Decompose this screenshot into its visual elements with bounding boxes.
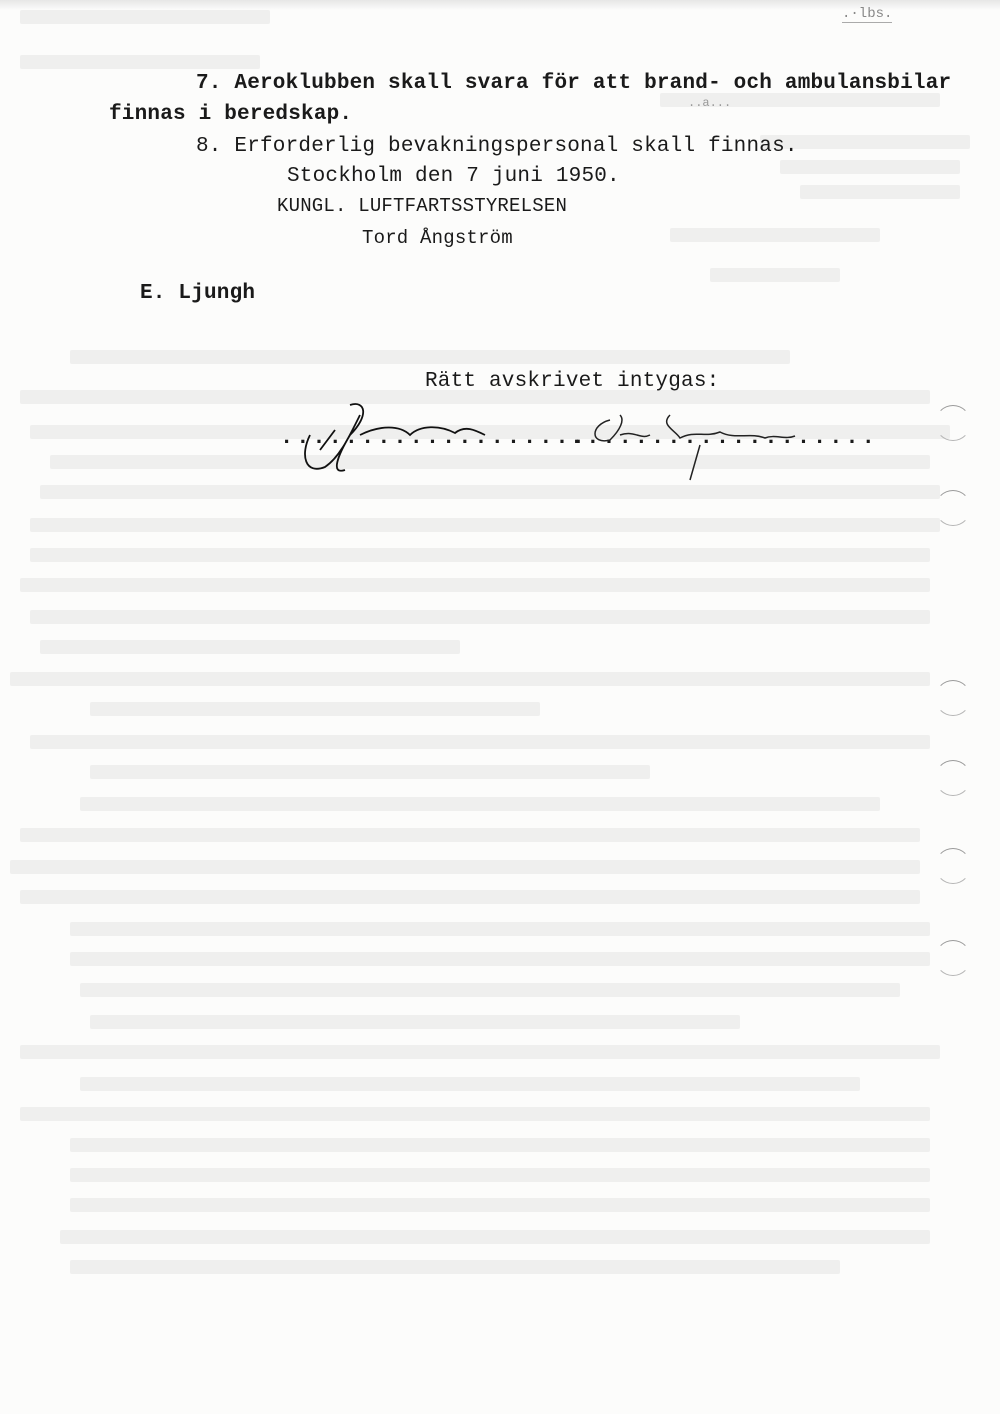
- copy-clerk-name: E. Ljungh: [140, 282, 255, 305]
- faint-mark: ..a...: [688, 96, 731, 110]
- authority-name: KUNGL. LUFTFARTSSTYRELSEN: [277, 195, 567, 217]
- item-8-line-1: 8. Erforderlig bevakningspersonal skall …: [196, 135, 798, 158]
- place-date: Stockholm den 7 juni 1950.: [287, 165, 620, 188]
- handwritten-signature-left: [290, 395, 500, 485]
- document-page: .·lbs. ..a... 7. Aeroklubben skall svara…: [0, 0, 1000, 1414]
- item-7-line-1: 7. Aeroklubben skall svara för att brand…: [196, 72, 951, 95]
- handwritten-signature-right: [580, 400, 810, 490]
- signatory-name: Tord Ångström: [362, 227, 513, 249]
- certification-text: Rätt avskrivet intygas:: [425, 370, 719, 393]
- item-7-line-2: finnas i beredskap.: [109, 103, 352, 126]
- corner-annotation: .·lbs.: [842, 6, 892, 23]
